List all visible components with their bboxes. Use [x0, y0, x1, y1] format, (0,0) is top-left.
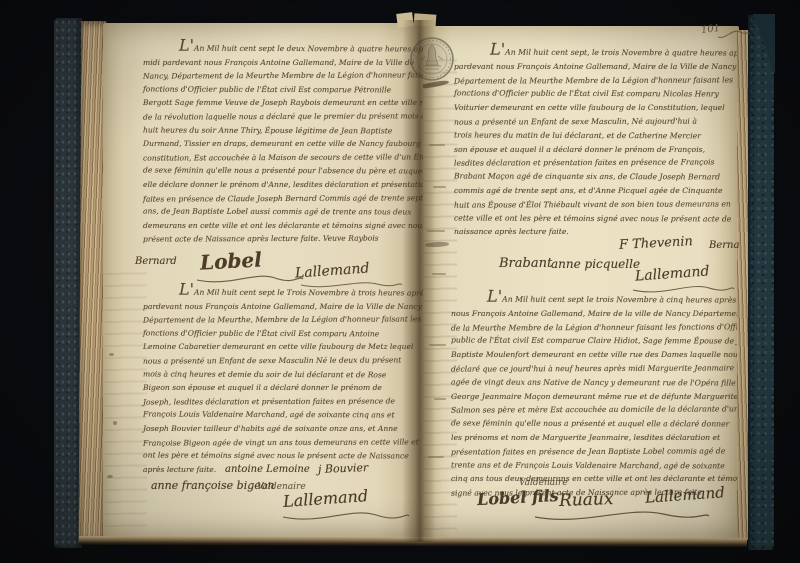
birth-act: L'An Mil huit cent sept le Trois Novembr… — [143, 286, 419, 476]
manuscript-line: huit ans Épouse d'Éloi Thiébault vivant … — [454, 197, 738, 212]
manuscript-line: fonctions d'Officier public de l'État ci… — [454, 87, 738, 102]
register-photo: L'An Mil huit cent sept le deux Novembre… — [0, 0, 800, 563]
signature: Lobel — [199, 247, 262, 274]
signature: Ruaux — [559, 489, 614, 511]
manuscript-line: ans, de Jean Baptiste Lobel aussi commis… — [143, 205, 419, 220]
manuscript-line: François Louis Valdenaire Marchand, agé … — [143, 408, 419, 423]
manuscript-line: Lemoine Cabaretier demeurant en cette vi… — [143, 340, 419, 354]
bleed-through-mark — [433, 186, 446, 188]
manuscript-line: présent acte de Naissance après lecture … — [143, 232, 419, 247]
manuscript-line: trois heures du matin de lui déclarant, … — [454, 128, 738, 143]
manuscript-line: pardevant nous François Antoine Galleman… — [143, 300, 419, 314]
signature: anne françoise bigeon — [151, 479, 274, 492]
manuscript-line: huit heures du soir Anne Thiry, Épouse l… — [143, 123, 419, 138]
manuscript-line: Joseph Bouvier tailleur d'habits agé de … — [143, 422, 419, 436]
paper-tab — [414, 13, 437, 27]
manuscript-line: Nancy, Département de la Meurthe Membre … — [143, 69, 419, 84]
manuscript-line: les prénoms et nom de Marguerite Jeanmai… — [451, 431, 739, 445]
birth-act: L'An Mil huit cent sept, le trois Novemb… — [454, 46, 738, 239]
manuscript-line: L'An Mil huit cent sept le deux Novembre… — [143, 42, 419, 57]
manuscript-line: Bigeon son épouse et auquel il a déclaré… — [143, 381, 419, 395]
bleed-through-mark — [429, 344, 446, 346]
manuscript-line: public de l'État civil Est comparue Clai… — [451, 334, 739, 349]
bleed-through-mark — [428, 456, 444, 458]
signature: Lobel fils — [477, 486, 560, 509]
manuscript-line: midi pardevant nous François Antoine Gal… — [143, 56, 419, 70]
bleed-through-mark — [434, 398, 446, 400]
bleed-through-mark — [432, 273, 446, 275]
paper-stain — [107, 475, 113, 478]
manuscript-line: ont les père et témoins signé avec nous … — [143, 449, 419, 464]
manuscript-line: nous a présenté un Enfant de sexe Mascul… — [143, 353, 419, 368]
bleed-through — [105, 263, 147, 533]
manuscript-line: naissance après lecture faite. — [454, 225, 738, 239]
manuscript-line: Françoise Bigeon agée de vingt un ans to… — [143, 435, 419, 450]
manuscript-line: lesdites déclaration et présentation fai… — [454, 156, 738, 171]
page-number: 101 — [700, 23, 720, 36]
manuscript-line: George Jeanmaire Maçon demeurant même ru… — [451, 390, 739, 404]
signature: Brabant — [499, 256, 552, 271]
paper-stain — [113, 421, 117, 425]
signature: anne picquelle — [551, 257, 640, 271]
signature: Lallemand — [635, 263, 710, 284]
manuscript-line: déclaré que ce jourd'hui à neuf heures a… — [451, 361, 739, 376]
left-page: L'An Mil huit cent sept le deux Novembre… — [103, 23, 423, 540]
manuscript-line: de sexe féminin qu'elle nous a présenté … — [451, 417, 739, 432]
paper-tab — [396, 12, 414, 28]
manuscript-line: nous a présenté un Enfant de sexe Mascul… — [454, 114, 738, 129]
manuscript-line: cinq ans tous deux demeurans en cette vi… — [451, 472, 739, 486]
ink-smudge — [425, 241, 449, 247]
manuscript-line: de la révolution laquelle nous a déclaré… — [143, 109, 419, 124]
manuscript-line: Département de la Meurthe, Membre de la … — [143, 313, 419, 328]
manuscript-line: agée de vingt deux ans Native de Nancy y… — [451, 375, 739, 390]
bleed-through-mark — [427, 230, 445, 232]
manuscript-line: son épouse et auquel il a déclaré donner… — [454, 143, 738, 157]
manuscript-line: L'An Mil huit cent sept le Trois Novembr… — [143, 286, 419, 301]
manuscript-line: de sexe féminin qu'elle nous a présenté … — [143, 164, 419, 179]
manuscript-line: trente ans et de François Louis Valdenai… — [451, 458, 739, 473]
manuscript-line: Voiturier demeurant en cette ville faubo… — [454, 101, 738, 115]
signature: F Thevenin — [619, 234, 694, 253]
manuscript-line: elle déclare donner le prénom d'Anne, le… — [143, 178, 419, 192]
manuscript-line: mois à cinq heures et demie du soir de l… — [143, 367, 419, 382]
signature: Lallemand — [295, 260, 370, 281]
manuscript-line: nous François Antoine Gallemand, Maire d… — [451, 307, 739, 321]
book-cover-right — [748, 15, 774, 550]
circular-official-seal — [408, 35, 456, 83]
birth-act: L'An Mil huit cent sept le deux Novembre… — [143, 42, 419, 246]
signature: j Bouvier — [318, 461, 369, 476]
manuscript-line: Baptiste Moulenfort demeurant en cette v… — [451, 348, 739, 362]
signature: Valdenaire — [519, 478, 568, 488]
manuscript-line: fonctions d'Officier public de l'État ci… — [143, 82, 419, 97]
manuscript-line: cette ville et ont les père et témoins s… — [454, 211, 738, 226]
manuscript-line: L'An Mil huit cent sept le trois Novembr… — [451, 292, 739, 307]
paper-stain — [109, 353, 114, 356]
manuscript-line: faites en présence de Claude Joseph Bern… — [143, 191, 419, 206]
manuscript-line: demeurans en cette ville et ont les décl… — [143, 219, 419, 233]
manuscript-line: présentation faites en présence de Jean … — [451, 444, 739, 459]
book-cover-left — [54, 18, 82, 548]
manuscript-line: Durmand, Tissier en draps, demeurant en … — [143, 137, 419, 151]
manuscript-line: pardevant nous François Antoine Galleman… — [454, 60, 738, 74]
manuscript-line: commis agé de trente sept ans, et d'Anne… — [454, 184, 738, 198]
book-bottom-edge — [79, 536, 747, 547]
right-page: L'An Mil huit cent sept, le trois Novemb… — [423, 26, 739, 540]
birth-act: L'An Mil huit cent sept le trois Novembr… — [451, 293, 739, 500]
signature: Bernard — [709, 240, 739, 251]
signature: antoine Lemoine — [225, 464, 310, 475]
manuscript-line: L'An Mil huit cent sept, le trois Novemb… — [454, 46, 738, 61]
manuscript-line: fonctions d'Officier public de l'État ci… — [143, 326, 419, 341]
manuscript-line: Salmon ses père et mère Est accouchée au… — [451, 403, 739, 418]
bleed-through-mark — [429, 144, 445, 146]
manuscript-line: Brabant Maçon agé de cinquante six ans, … — [454, 170, 738, 185]
signature: Bernard — [135, 256, 177, 267]
manuscript-line: Bergott Sage femme Veuve de Joseph Raybo… — [143, 96, 419, 110]
